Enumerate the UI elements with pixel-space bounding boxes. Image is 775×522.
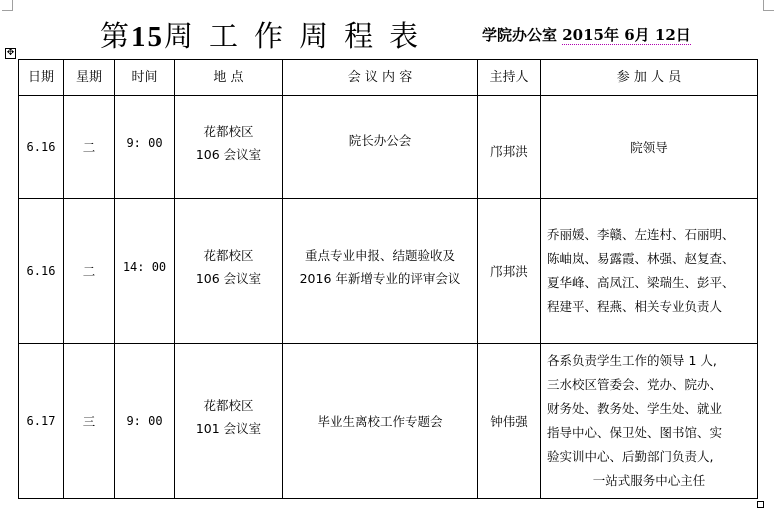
table-row: 6.16 二 9: 00 花都校区 106 会议室 院长办公会 邝邦洪 院领导 xyxy=(19,96,758,199)
cell-host: 邝邦洪 xyxy=(478,199,541,344)
cell-time: 14: 00 xyxy=(115,199,175,344)
table-row: 6.17 三 9: 00 花都校区 101 会议室 毕业生离校工作专题会 钟伟强… xyxy=(19,344,758,499)
cell-attendees: 乔丽媛、李赣、左连村、石丽明、 陈岫岚、易露霞、林强、赵复查、 夏华峰、高凤江、… xyxy=(541,199,758,344)
cell-location: 花都校区 106 会议室 xyxy=(175,199,283,344)
issuer: 学院办公室 xyxy=(482,26,557,44)
cell-content: 毕业生离校工作专题会 xyxy=(283,344,478,499)
cell-host: 邝邦洪 xyxy=(478,96,541,199)
cell-weekday: 二 xyxy=(64,96,115,199)
cell-location: 花都校区 101 会议室 xyxy=(175,344,283,499)
column-header-weekday: 星期 xyxy=(64,60,115,96)
title-line: 第15周工作周程表 学院办公室 2015年 6月 12日 xyxy=(0,12,775,52)
column-header-attendees: 参 加 人 员 xyxy=(541,60,758,96)
page-title: 第15周工作周程表 xyxy=(100,14,420,55)
table-move-handle-icon[interactable]: ✥ xyxy=(5,48,16,59)
column-header-content: 会 议 内 容 xyxy=(283,60,478,96)
table-row: 6.16 二 14: 00 花都校区 106 会议室 重点专业申报、结题验收及 … xyxy=(19,199,758,344)
cell-weekday: 二 xyxy=(64,199,115,344)
cell-date: 6.17 xyxy=(19,344,64,499)
schedule-table: 日期 星期 时间 地 点 会 议 内 容 主持人 参 加 人 员 6.16 二 … xyxy=(18,59,758,499)
cell-attendees: 各系负责学生工作的领导 1 人, 三水校区管委会、党办、院办、 财务处、教务处、… xyxy=(541,344,758,499)
cell-weekday: 三 xyxy=(64,344,115,499)
page-corner-mark xyxy=(763,0,774,11)
cell-time: 9: 00 xyxy=(115,96,175,199)
cell-host: 钟伟强 xyxy=(478,344,541,499)
page-corner-mark xyxy=(2,0,13,11)
cell-content: 重点专业申报、结题验收及 2016 年新增专业的评审会议 xyxy=(283,199,478,344)
column-header-host: 主持人 xyxy=(478,60,541,96)
issue-date: 2015年 6月 12日 xyxy=(562,26,691,45)
table-resize-handle[interactable] xyxy=(757,501,764,508)
cell-date: 6.16 xyxy=(19,199,64,344)
cell-time: 9: 00 xyxy=(115,344,175,499)
table-header-row: 日期 星期 时间 地 点 会 议 内 容 主持人 参 加 人 员 xyxy=(19,60,758,96)
cell-attendees: 院领导 xyxy=(541,96,758,199)
issuer-line: 学院办公室 2015年 6月 12日 xyxy=(482,24,691,45)
cell-location: 花都校区 106 会议室 xyxy=(175,96,283,199)
column-header-time: 时间 xyxy=(115,60,175,96)
week-number: 15 xyxy=(131,21,164,53)
column-header-location: 地 点 xyxy=(175,60,283,96)
column-header-date: 日期 xyxy=(19,60,64,96)
cell-date: 6.16 xyxy=(19,96,64,199)
cell-content: 院长办公会 xyxy=(283,96,478,199)
